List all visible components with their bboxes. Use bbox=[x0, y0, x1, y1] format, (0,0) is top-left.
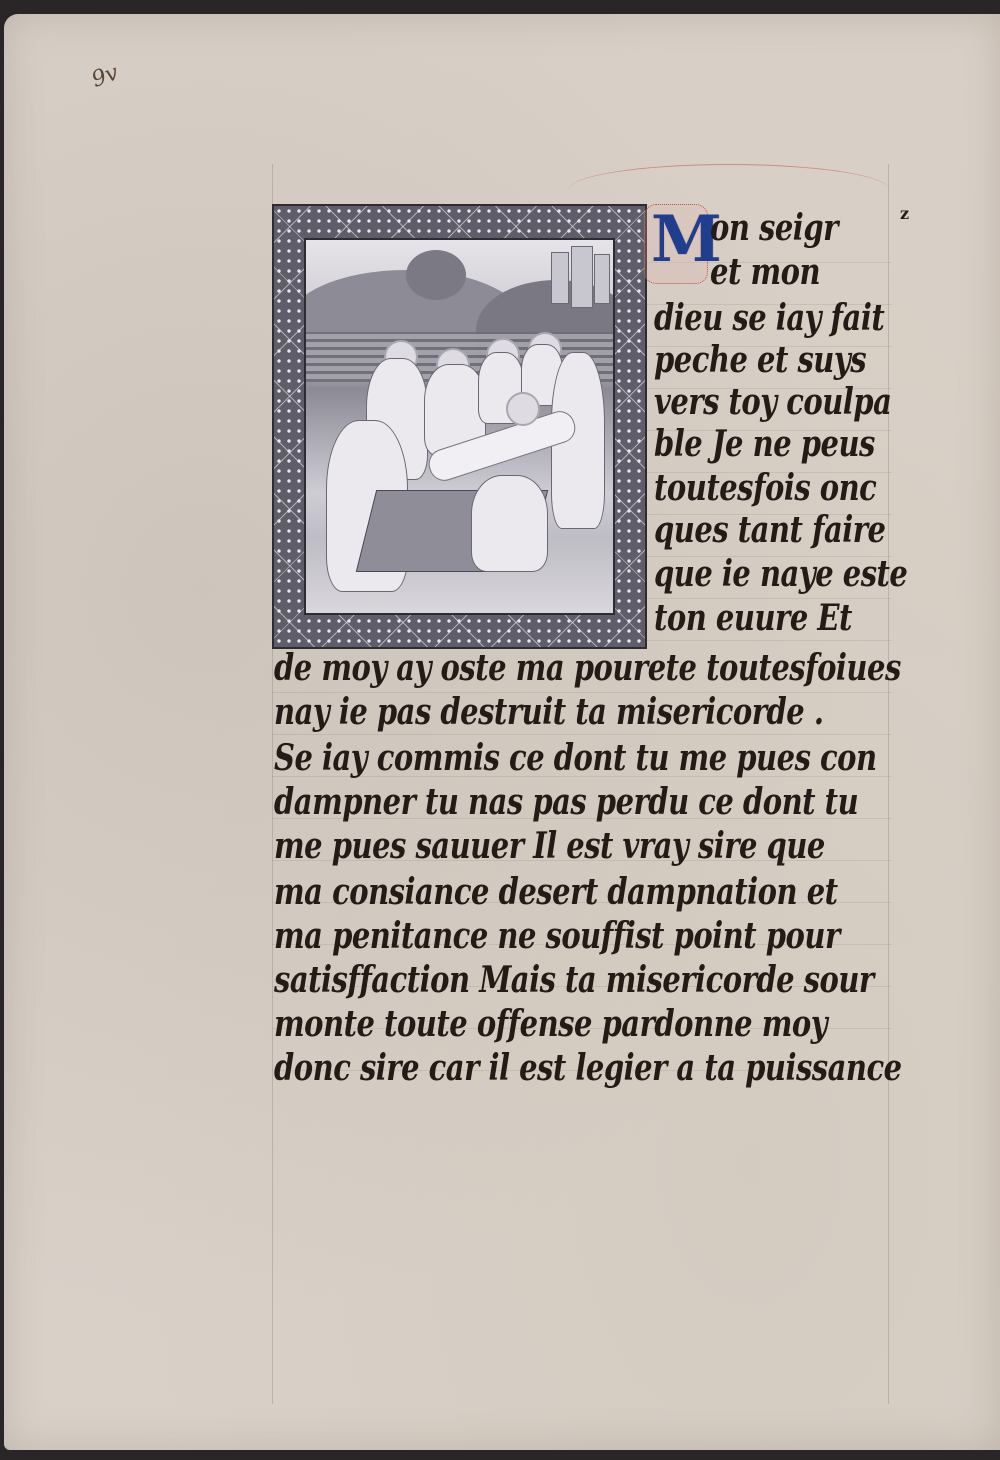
text-line: me pues sauuer Il est vray sire que bbox=[274, 824, 825, 867]
text-line: satisffaction Mais ta misericorde sour bbox=[274, 958, 874, 1001]
text-line: ma consiance desert dampnation et bbox=[274, 870, 838, 913]
text-line: monte toute offense pardonne moy bbox=[274, 1002, 827, 1045]
text-line: nay ie pas destruit ta misericorde . bbox=[274, 690, 823, 733]
text-line: ma penitance ne souffist point pour bbox=[274, 914, 840, 957]
text-line: ton euure Et bbox=[654, 596, 852, 639]
text-line: ques tant faire bbox=[654, 508, 886, 551]
text-line: que ie naye este bbox=[654, 552, 907, 595]
abbreviation-mark: z bbox=[900, 204, 909, 223]
text-line: de moy ay oste ma pourete toutesfoiues bbox=[274, 646, 901, 689]
text-line: toutesfois onc bbox=[654, 466, 876, 509]
text-line: on seigr bbox=[710, 206, 838, 249]
tree bbox=[406, 250, 466, 300]
text-line: ble Je ne peus bbox=[654, 422, 875, 465]
text-line: peche et suys bbox=[654, 338, 866, 381]
castle-tower bbox=[594, 254, 610, 304]
ruling-line-right bbox=[888, 164, 889, 1404]
text-line: vers toy coulpa bbox=[654, 380, 891, 423]
text-line: dampner tu nas pas perdu ce dont tu bbox=[274, 780, 858, 823]
manuscript-page: 9v bbox=[4, 14, 1000, 1450]
figure-mary-magdalene-kneeling bbox=[471, 475, 548, 572]
halo bbox=[506, 392, 540, 426]
miniature-scene bbox=[304, 238, 615, 615]
text-line: dieu se iay fait bbox=[654, 296, 884, 339]
text-line: Se iay commis ce dont tu me pues con bbox=[274, 736, 877, 779]
castle-tower bbox=[551, 252, 569, 304]
initial-letter: M bbox=[651, 207, 701, 273]
folio-number: 9v bbox=[89, 60, 122, 93]
text-line: donc sire car il est legier a ta puissan… bbox=[274, 1046, 902, 1089]
ruling-line bbox=[272, 734, 892, 735]
decorated-initial: M bbox=[644, 204, 708, 284]
miniature-entombment bbox=[272, 204, 647, 649]
castle-tower bbox=[571, 246, 593, 308]
text-line: et mon bbox=[710, 250, 820, 293]
